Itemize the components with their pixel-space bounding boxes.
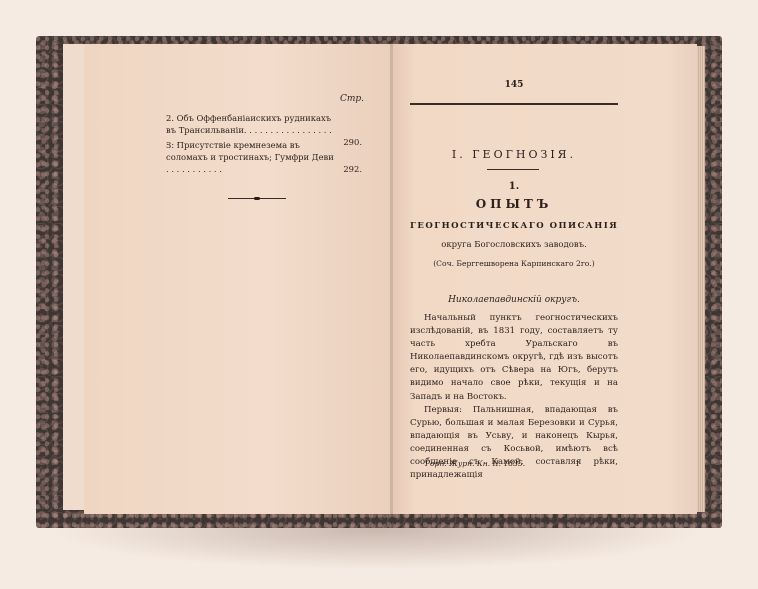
article-subtitle: ГЕОГНОСТИЧЕСКАГО ОПИСАНIЯ	[410, 221, 618, 231]
heading-rule	[487, 169, 539, 170]
paragraph: Первыя: Пальнишная, впадающая въ Сурью, …	[410, 404, 618, 483]
toc-item-title: 3. Присутствiе кремнезема въ соломахъ и …	[166, 139, 362, 175]
body-text: Начальный пунктъ геогностическихъ изслѣд…	[410, 312, 618, 482]
author-line: (Соч. Берггешворена Карпинскаго 2го.)	[410, 259, 618, 268]
toc-header: Стр.	[340, 94, 364, 104]
header-rule	[410, 103, 618, 105]
article-subtitle-2: округа Богословскихъ заводовъ.	[410, 240, 618, 250]
paragraph: Начальный пунктъ геогностическихъ изслѣд…	[410, 312, 618, 404]
ornament-divider	[228, 198, 286, 199]
article-title: ОПЫТЪ	[410, 197, 618, 211]
article-number: 1.	[410, 181, 618, 192]
subsection-heading: Николаепавдинскiй округъ.	[410, 295, 618, 305]
footer-citation: Горн. Журн. Кн. II. 1835.	[425, 459, 525, 468]
signature-mark: 1	[575, 459, 580, 468]
page-number: 145	[410, 80, 618, 90]
left-page: Стр. 2. Объ Оффенбанiаискихъ рудникахъ в…	[84, 44, 392, 514]
toc-item-page: 292.	[343, 163, 362, 175]
section-heading: I. ГЕОГНОЗIЯ.	[410, 148, 618, 161]
gutter	[390, 44, 393, 514]
toc-item: 3. Присутствiе кремнезема въ соломахъ и …	[166, 139, 362, 175]
page-edges	[697, 46, 705, 512]
